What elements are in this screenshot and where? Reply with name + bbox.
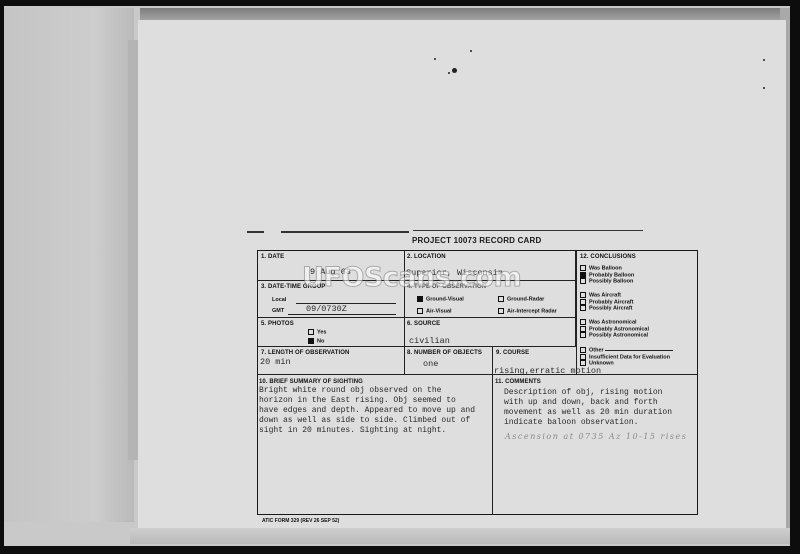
scan-speck [434,58,436,60]
checkbox-icon [498,296,504,302]
number-of-objects-label: 8. NUMBER OF OBJECTS [407,350,482,356]
form-footer: ATIC FORM 329 (REV 26 SEP 52) [262,518,339,524]
source-cell: 6. SOURCE civilian [405,318,576,347]
handwritten-note: Ascension at 0735 Az 10-15 rises [505,432,687,441]
conclusion-possibly-astronomical: Possibly Astronomical [580,332,648,339]
checkbox-icon [580,347,586,353]
checkbox-icon [580,305,586,311]
scan-left-margin [4,8,134,522]
checkbox-icon [580,299,586,305]
separator-rule [413,230,643,231]
scan-speck [763,59,765,61]
gmt-field-line [288,314,396,315]
option-air-visual: Air-Visual [417,308,452,314]
scan-bottom-edge [130,528,790,544]
local-label: Local [272,297,286,303]
photos-cell: 5. PHOTOS Yes No [258,318,405,347]
source-value: civilian [409,336,450,346]
scan-speck [763,87,765,89]
conclusion-possibly-aircraft: Possibly Aircraft [580,305,633,312]
conclusions-cell: 12. CONCLUSIONS Was Balloon Probably Bal… [576,251,697,375]
checkbox-icon [580,360,586,366]
checkbox-icon [580,265,586,271]
scan-speck [470,50,472,52]
course-label: 9. COURSE [496,350,529,356]
gmt-label: GMT [272,308,284,314]
option-ground-radar: Ground-Radar [498,296,544,302]
checkbox-icon [580,326,586,332]
checkbox-icon [308,338,314,344]
other-field-line [605,350,673,351]
date-label: 1. DATE [261,254,284,260]
conclusion-possibly-balloon: Possibly Balloon [580,278,633,285]
number-of-objects-cell: 8. NUMBER OF OBJECTS one [405,347,493,375]
separator-rule [247,231,264,233]
checkbox-icon [580,278,586,284]
option-photos-yes: Yes [308,329,326,335]
course-cell: 9. COURSE rising,erratic motion [493,347,576,375]
source-label: 6. SOURCE [407,321,440,327]
checkbox-icon [498,308,504,314]
option-photos-no: No [308,338,324,344]
number-of-objects-value: one [423,359,438,369]
comments-label: 11. COMMENTS [495,379,541,385]
separator-rule [281,231,409,233]
conclusion-unknown: Unknown [580,360,614,367]
brief-summary-label: 10. BRIEF SUMMARY OF SIGHTING [259,379,363,385]
comments-cell: 11. COMMENTS Description of obj, rising … [493,375,697,514]
length-of-observation-label: 7. LENGTH OF OBSERVATION [261,350,349,356]
brief-summary-text: Bright white round obj observed on the h… [259,386,475,436]
photos-label: 5. PHOTOS [261,321,294,327]
gmt-value: 09/0730Z [306,304,347,314]
checkbox-icon [580,354,586,360]
checkbox-icon [417,296,423,302]
checkbox-icon [580,292,586,298]
scan-speck [448,72,450,74]
option-air-intercept-radar: Air-Intercept Radar [498,308,557,314]
checkbox-icon [580,272,586,278]
checkbox-icon [580,332,586,338]
brief-summary-cell: 10. BRIEF SUMMARY OF SIGHTING Bright whi… [258,375,493,514]
checkbox-icon [580,319,586,325]
conclusions-label: 12. CONCLUSIONS [580,254,636,260]
comments-text: Description of obj, rising motion with u… [504,388,672,428]
watermark: UFOScans.com [302,262,521,293]
length-of-observation-value: 20 min [260,357,291,367]
length-of-observation-cell: 7. LENGTH OF OBSERVATION 20 min [258,347,405,375]
checkbox-icon [417,308,423,314]
scan-speck [452,68,457,73]
checkbox-icon [308,329,314,335]
option-ground-visual: Ground-Visual [417,296,464,302]
card-title: PROJECT 10073 RECORD CARD [412,236,541,245]
location-label: 2. LOCATION [407,254,446,260]
